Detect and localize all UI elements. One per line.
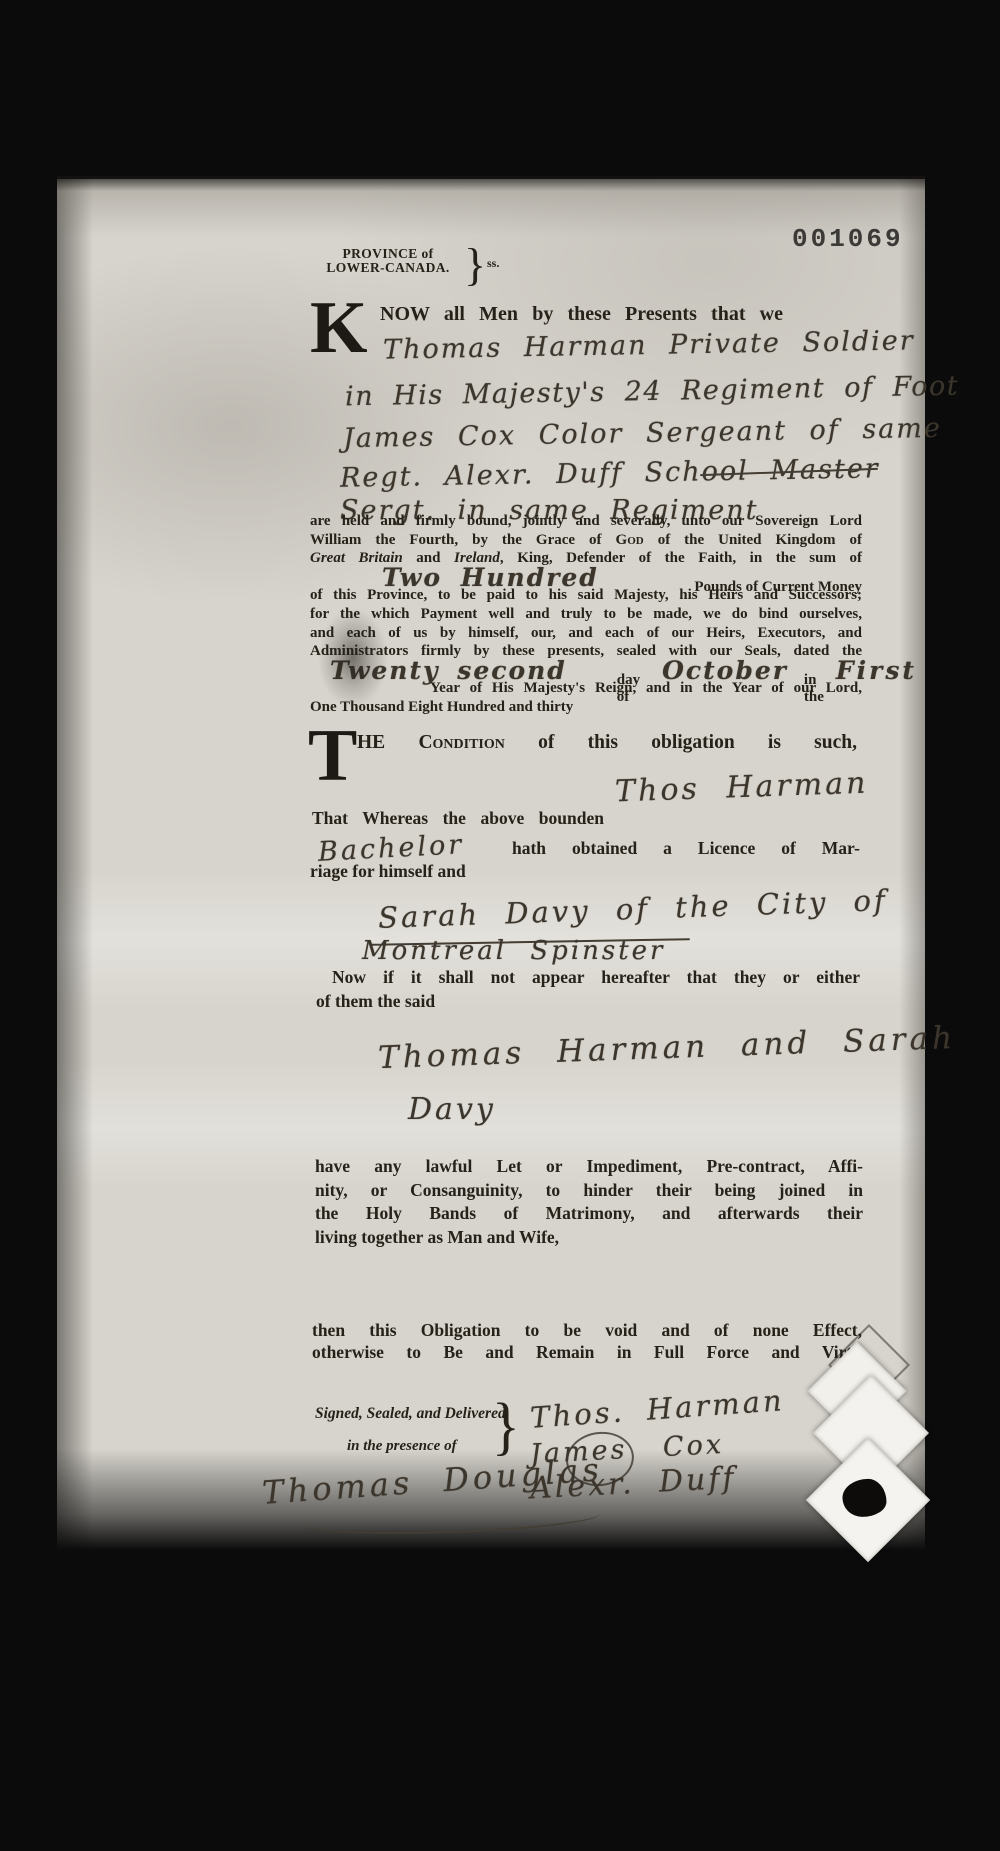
licence-line-1: hath obtained a Licence of Mar-: [512, 838, 860, 859]
province-line-1: PROVINCE of: [308, 247, 468, 261]
execution-brace-glyph: }: [492, 1388, 520, 1463]
impediment-line-1: have any lawful Let or Impediment, Pre-c…: [315, 1155, 863, 1179]
handwritten-month: October: [662, 656, 788, 685]
presence-label: in the presence of: [347, 1438, 457, 1455]
bond-line-5: for the which Payment well and truly to …: [310, 605, 862, 624]
impediment-paragraph: have any lawful Let or Impediment, Pre-c…: [315, 1155, 863, 1249]
ink-smudge: [318, 608, 388, 708]
bond-word-god: God: [616, 532, 644, 548]
now-line-2: of them the said: [316, 991, 435, 1012]
bond-date-row: Twenty second day of October in the Firs…: [310, 661, 862, 680]
impediment-line-3: the Holy Bands of Matrimony, and afterwa…: [315, 1202, 863, 1226]
heading-he: HE: [357, 732, 418, 753]
licence-line-2: riage for himself and: [310, 861, 466, 882]
bond-line-2b: of the United Kingdom of: [644, 532, 862, 548]
province-header: PROVINCE of LOWER-CANADA.: [308, 247, 468, 275]
handwritten-regnal-year: First: [836, 656, 917, 685]
dropcap-t: T: [308, 728, 357, 786]
ss-brace-glyph: }: [464, 238, 486, 291]
bond-line-1: are held and firmly bound, jointly and s…: [310, 512, 862, 531]
heading-condition-word: Condition: [418, 732, 504, 753]
heading-rest: of this obligation is such,: [505, 732, 857, 753]
void-line-2: otherwise to Be and Remain in Full Force…: [312, 1342, 862, 1364]
impediment-line-4: living together as Man and Wife,: [315, 1226, 863, 1250]
bond-line-9: One Thousand Eight Hundred and thirty: [310, 698, 862, 717]
ss-abbreviation: ss.: [487, 256, 499, 271]
bond-line-2: William the Fourth, by the Grace of God …: [310, 531, 862, 550]
handwritten-couple-line-2: Davy: [408, 1092, 496, 1127]
bond-sum-row: Two Hundred Pounds of Current Money: [310, 568, 862, 587]
dropcap-k: K: [310, 300, 368, 358]
province-line-2: LOWER-CANADA.: [308, 261, 468, 275]
bond-line-6: and each of us by himself, our, and each…: [310, 624, 862, 643]
stamp-number: 001069: [792, 224, 904, 254]
impediment-line-2: nity, or Consanguinity, to hinder their …: [315, 1179, 863, 1203]
whereas-lead: That Whereas the above bounden: [312, 808, 604, 829]
void-line-1: then this Obligation to be void and of n…: [312, 1320, 862, 1342]
handwritten-bride-line-2: Montreal Spinster: [362, 936, 666, 966]
handwritten-sum: Two Hundred: [382, 563, 599, 592]
scanned-document-page: 001069 PROVINCE of LOWER-CANADA. } ss. K…: [0, 0, 1000, 1851]
now-line-1: Now if it shall not appear hereafter tha…: [332, 967, 860, 988]
condition-heading: HE Condition of this obligation is such,: [357, 732, 857, 754]
bond-line-2a: William the Fourth, by the Grace of: [310, 532, 616, 548]
void-clause: then this Obligation to be void and of n…: [312, 1320, 862, 1363]
ink-blot: [842, 1479, 886, 1517]
bond-clause: are held and firmly bound, jointly and s…: [310, 512, 862, 717]
opening-line: NOW all Men by these Presents that we: [380, 303, 783, 326]
delivered-label: Signed, Sealed, and Delivered: [315, 1405, 506, 1423]
